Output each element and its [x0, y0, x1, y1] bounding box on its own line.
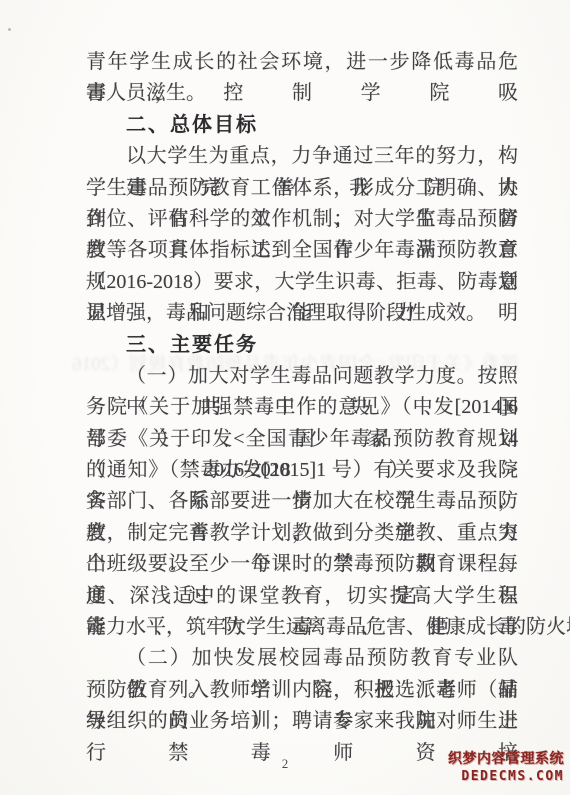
text-line: 以大学生为重点，力争通过三年的努力，构建完善我院大 — [86, 141, 518, 172]
scanned-document-page: 部委《关于印发<全国青少年毒品预防教育规划（2016-2018）> 青年学生成长… — [0, 0, 570, 795]
text-line: 度等各项具体指标达到全国青少年毒品预防教育规划 — [86, 235, 518, 266]
text-line: 到位、评估科学的工作机制；对大学生毒品预防教育工作满意 — [86, 204, 518, 235]
text-line: （2016-2018）要求，大学生识毒、拒毒、防毒意识和能力明 — [86, 267, 518, 298]
section-heading-overall-goal: 二、总体目标 — [86, 110, 518, 141]
text-line: 的通知》（禁毒办发[2015]1 号）有关要求及我院实际情况， — [86, 455, 518, 486]
text-line: 青年学生成长的社会环境，进一步降低毒品危害，控制学院吸 — [86, 47, 518, 78]
text-line: 学生毒品预防教育工作体系，形成分工明确、协作有效、监督 — [86, 173, 518, 204]
text-line: 度、深浅适中的课堂教育，切实提高大学生识毒、防毒、拒毒 — [86, 581, 518, 612]
text-line: 部委《关于印发<全国青少年毒品预防教育规划（2016-2018）> — [86, 424, 518, 455]
text-line: 显增强，毒品问题综合治理取得阶段性成效。 — [86, 298, 518, 329]
text-line: 度，制定完善教学计划，做到分类施教、重点突出。每学期每 — [86, 518, 518, 549]
text-line: （一）加大对学生毒品问题教学力度。按照中共中央、国 — [86, 361, 518, 392]
cms-watermark: 织梦内容管理系统 DEDECMS.COM — [448, 751, 564, 785]
document-body: 青年学生成长的社会环境，进一步降低毒品危害，控制学院吸 毒人员滋生。 二、总体目… — [86, 47, 518, 738]
text-line: 务院《关于加强禁毒工作的意见》（中发[2014]6 号）、国家 14 — [86, 392, 518, 423]
text-line: 各部门、各系部要进一步加大在校学生毒品预防教育教学力 — [86, 486, 518, 517]
cms-watermark-domain: DEDECMS.COM — [448, 769, 564, 785]
text-line: 级组织的的业务培训；聘请专家来我院对师生进行禁毒师资培 — [86, 706, 518, 737]
text-line: 能力水平，筑牢大学生远离毒品危害、健康成长的防火墙。 — [86, 612, 518, 643]
cms-watermark-title: 织梦内容管理系统 — [448, 751, 564, 769]
section-heading-main-tasks: 三、主要任务 — [86, 330, 518, 361]
text-line: 个班级要设至少一个课时的禁毒预防教育课程。通过一定程 — [86, 549, 518, 580]
scan-artifact-dot — [8, 28, 11, 31]
text-line: （二）加快发展校园毒品预防教育专业队伍。学院把毒品 — [86, 643, 518, 674]
text-line: 预防教育列入教师培训内容，积极选派老师（辅导员）参加上 — [86, 675, 518, 706]
